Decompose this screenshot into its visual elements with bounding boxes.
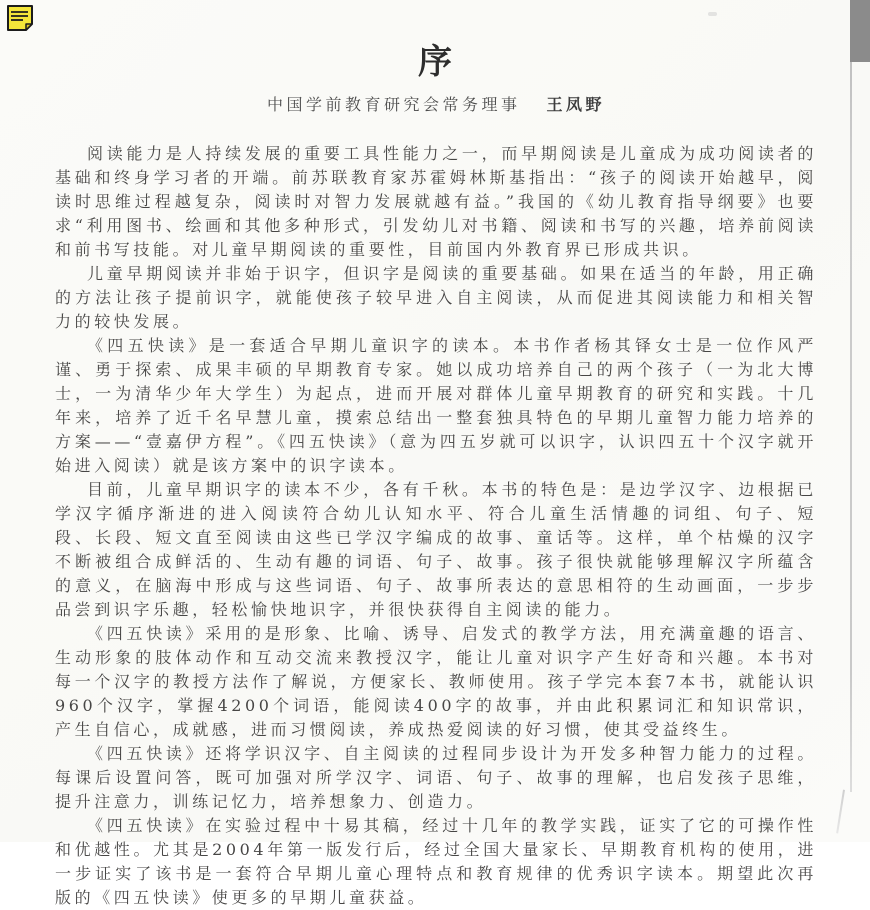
byline-author: 王凤野 — [547, 95, 606, 114]
paragraph-5: 《四五快读》采用的是形象、比喻、诱导、启发式的教学方法，用充满童趣的语言、生动形… — [55, 622, 817, 742]
paragraph-6: 《四五快读》还将学识汉字、自主阅读的过程同步设计为开发多种智力能力的过程。每课后… — [55, 742, 817, 814]
preface-body: 阅读能力是人持续发展的重要工具性能力之一，而早期阅读是儿童成为成功阅读者的基础和… — [55, 142, 817, 842]
paragraph-3: 《四五快读》是一套适合早期儿童识字的读本。本书作者杨其铎女士是一位作风严谨、勇于… — [55, 334, 817, 478]
paragraph-4: 目前，儿童早期识字的读本不少，各有千秋。本书的特色是：是边学汉字、边根据已学汉字… — [55, 478, 817, 622]
paragraph-7: 《四五快读》在实验过程中十易其稿，经过十几年的教学实践，证实了它的可操作性和优越… — [55, 814, 817, 842]
byline-affiliation: 中国学前教育研究会常务理事 — [267, 95, 521, 114]
sticky-note-icon[interactable] — [5, 4, 35, 34]
scan-artifact-smudge — [708, 12, 717, 16]
paragraph-2: 儿童早期阅读并非始于识字，但识字是阅读的重要基础。如果在适当的年龄，用正确的方法… — [55, 262, 817, 334]
page-title: 序 — [55, 34, 817, 83]
paragraph-1: 阅读能力是人持续发展的重要工具性能力之一，而早期阅读是儿童成为成功阅读者的基础和… — [55, 142, 817, 262]
scan-corner-shadow — [850, 0, 870, 62]
page-edge-line-bottom — [836, 790, 845, 834]
scanned-book-page: 序 中国学前教育研究会常务理事王凤野 阅读能力是人持续发展的重要工具性能力之一，… — [0, 0, 870, 842]
byline: 中国学前教育研究会常务理事王凤野 — [55, 92, 817, 115]
page-edge-line — [850, 0, 852, 792]
